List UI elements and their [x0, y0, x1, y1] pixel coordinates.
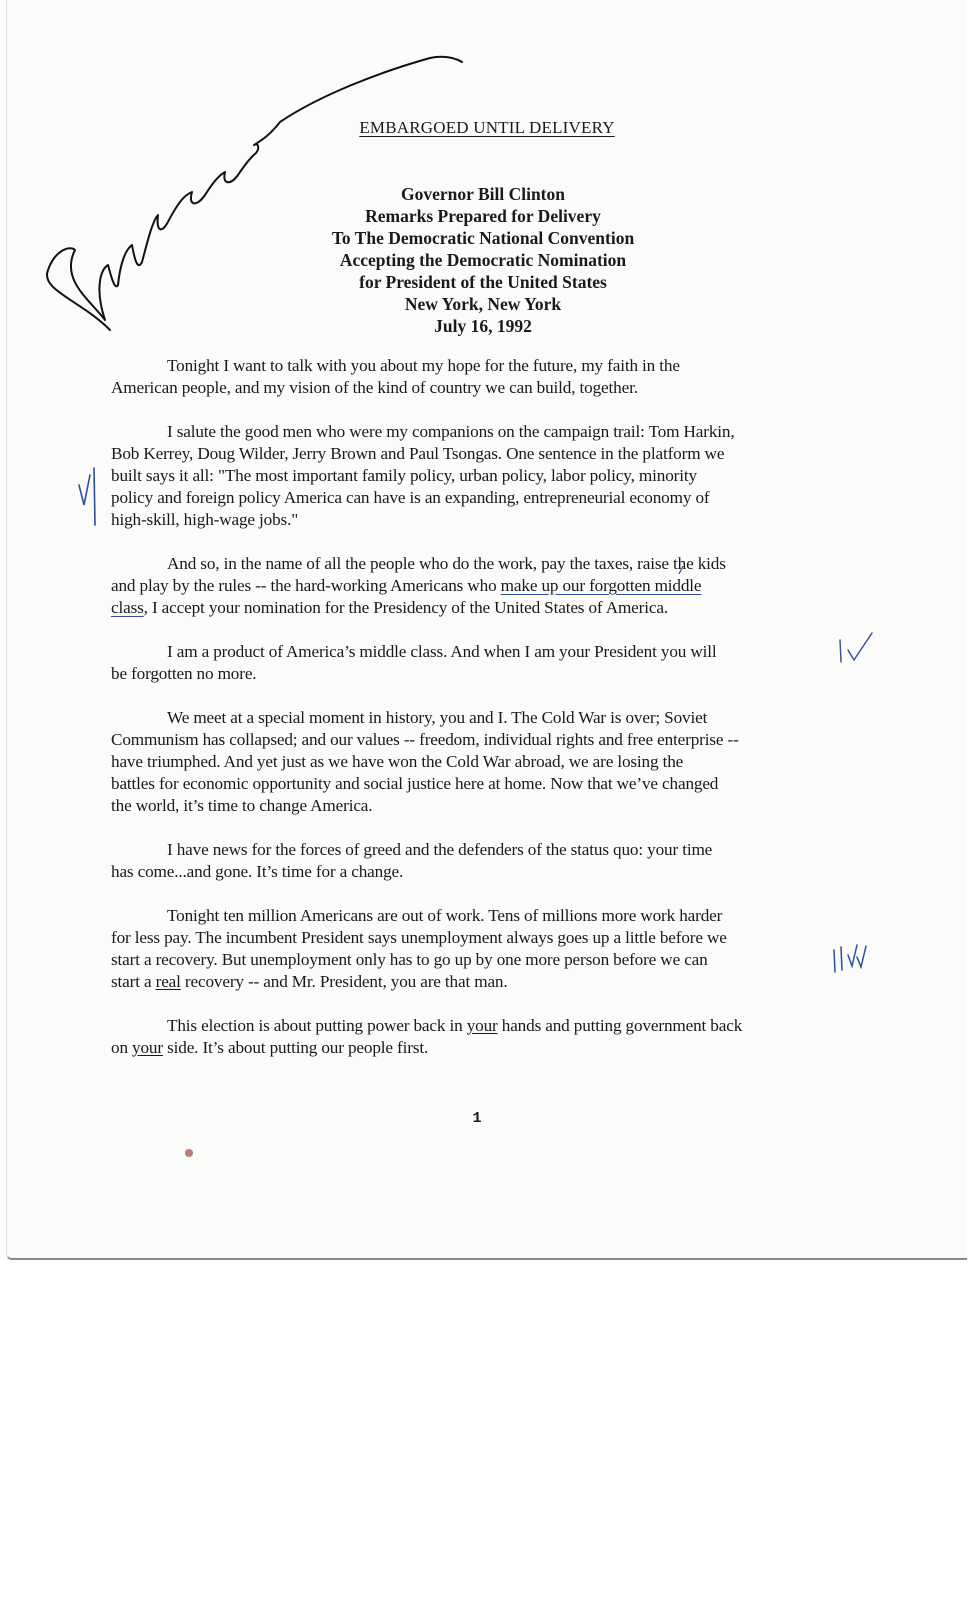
- text-fragment: start a: [111, 972, 156, 991]
- header-line-remarks: Remarks Prepared for Delivery: [7, 205, 959, 227]
- header-line-date: July 16, 1992: [7, 315, 959, 337]
- paragraph-hope: Tonight I want to talk with you about my…: [111, 355, 846, 399]
- paragraph-election: This election is about putting power bac…: [111, 1015, 846, 1059]
- text-line: This election is about putting power bac…: [111, 1015, 846, 1037]
- text-line: I am a product of America’s middle class…: [111, 641, 846, 663]
- text-line: We meet at a special moment in history, …: [111, 707, 846, 729]
- text-line: start a recovery. But unemployment only …: [111, 949, 846, 971]
- text-fragment: on: [111, 1038, 132, 1057]
- text-line: policy and foreign policy America can ha…: [111, 487, 846, 509]
- text-line: has come...and gone. It’s time for a cha…: [111, 861, 846, 883]
- text-line: Bob Kerrey, Doug Wilder, Jerry Brown and…: [111, 443, 846, 465]
- text-line: American people, and my vision of the ki…: [111, 377, 846, 399]
- text-line: have triumphed. And yet just as we have …: [111, 751, 846, 773]
- document-page: EMBARGOED UNTIL DELIVERY Governor Bill C…: [6, 0, 967, 1260]
- document-header: Governor Bill Clinton Remarks Prepared f…: [7, 183, 959, 337]
- text-fragment: hands and putting government back: [498, 1016, 743, 1035]
- text-fragment: , I accept your nomination for the Presi…: [144, 598, 668, 617]
- paragraph-middle-class: I am a product of America’s middle class…: [111, 641, 846, 685]
- text-line: And so, in the name of all the people wh…: [111, 553, 846, 575]
- paragraph-cold-war: We meet at a special moment in history, …: [111, 707, 846, 817]
- text-line: Tonight I want to talk with you about my…: [111, 355, 846, 377]
- header-line-convention: To The Democratic National Convention: [7, 227, 959, 249]
- text-fragment: side. It’s about putting our people firs…: [163, 1038, 428, 1057]
- embargo-notice: EMBARGOED UNTIL DELIVERY: [7, 118, 967, 138]
- text-line: high-skill, high-wage jobs.": [111, 509, 846, 531]
- text-line: I salute the good men who were my compan…: [111, 421, 846, 443]
- text-line: on your side. It’s about putting our peo…: [111, 1037, 846, 1059]
- text-line: start a real recovery -- and Mr. Preside…: [111, 971, 846, 993]
- header-line-name: Governor Bill Clinton: [7, 183, 959, 205]
- header-line-location: New York, New York: [7, 293, 959, 315]
- text-line: and play by the rules -- the hard-workin…: [111, 575, 846, 597]
- text-line: the world, it’s time to change America.: [111, 795, 846, 817]
- paragraph-salute: I salute the good men who were my compan…: [111, 421, 846, 531]
- text-line: Communism has collapsed; and our values …: [111, 729, 846, 751]
- text-fragment: and play by the rules -- the hard-workin…: [111, 576, 501, 595]
- paragraph-greed: I have news for the forces of greed and …: [111, 839, 846, 883]
- text-line: built says it all: "The most important f…: [111, 465, 846, 487]
- text-line: for less pay. The incumbent President sa…: [111, 927, 846, 949]
- paragraph-acceptance: And so, in the name of all the people wh…: [111, 553, 846, 619]
- ink-underlined-word: class: [111, 598, 144, 617]
- header-line-nomination: Accepting the Democratic Nomination: [7, 249, 959, 271]
- underlined-word: real: [156, 972, 181, 991]
- underlined-word: your: [467, 1016, 498, 1035]
- ink-underlined-phrase: make up our forgotten middle: [501, 576, 702, 595]
- text-line: I have news for the forces of greed and …: [111, 839, 846, 861]
- speech-body: Tonight I want to talk with you about my…: [111, 355, 846, 1081]
- page-number: 1: [7, 1110, 947, 1127]
- text-line: battles for economic opportunity and soc…: [111, 773, 846, 795]
- underlined-word: your: [132, 1038, 163, 1057]
- paragraph-unemployment: Tonight ten million Americans are out of…: [111, 905, 846, 993]
- text-line: Tonight ten million Americans are out of…: [111, 905, 846, 927]
- text-line: class, I accept your nomination for the …: [111, 597, 846, 619]
- text-fragment: This election is about putting power bac…: [167, 1016, 467, 1035]
- text-line: be forgotten no more.: [111, 663, 846, 685]
- text-fragment: recovery -- and Mr. President, you are t…: [181, 972, 508, 991]
- header-line-office: for President of the United States: [7, 271, 959, 293]
